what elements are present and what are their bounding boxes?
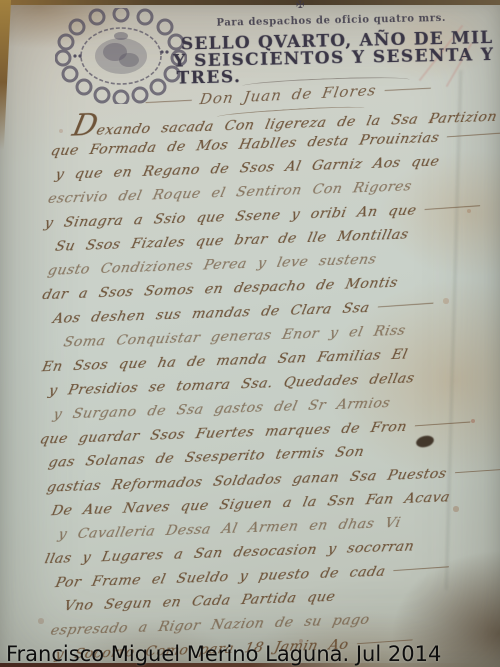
- manuscript-line: Su Ssos Fizales que brar de lle Montilla…: [54, 226, 410, 254]
- manuscript-line: espresado a Rigor Nazion de su pago: [49, 612, 371, 639]
- manuscript-line: Vno Segun en Cada Partida que: [63, 589, 337, 615]
- photo-of-historical-document: ✠ Para despachos de oficio quatro mrs. S…: [0, 0, 500, 667]
- manuscript-line: Por Frame el Sueldo y puesto de cada: [54, 561, 450, 591]
- manuscript-line: gusto Condiziones Perea y leve sustens: [46, 251, 378, 279]
- handwritten-body: Don Juan de Flores Dexando sacada Con li…: [26, 0, 482, 667]
- manuscript-line: llas y Lugares a San desocasion y socorr…: [43, 538, 415, 567]
- manuscript-line: gas Solanas de Ssesperito termis Son: [47, 444, 366, 471]
- manuscript-line: Soma Conquistar generas Enor y el Riss: [62, 322, 407, 350]
- foxing-spots: [0, 0, 2, 2]
- manuscript-line: dar a Ssos Somos en despacho de Montis: [41, 275, 400, 303]
- rubric-heading: Don Juan de Flores: [144, 80, 418, 111]
- manuscript-line: que guardar Ssos Fuertes marques de Fron: [38, 416, 471, 447]
- manuscript-line: escrivio del Roque el Sentiron Con Rigor…: [46, 178, 413, 207]
- manuscript-line: En Ssos que ha de manda San Familias El: [41, 346, 410, 375]
- manuscript-line: y Surgano de Ssa gastos del Sr Armios: [52, 395, 392, 423]
- manuscript-line: y Sinagra a Ssio que Ssene y oribi An qu…: [43, 200, 481, 231]
- manuscript-line: y Presidios se tomara Ssa. Quedades dell…: [47, 370, 416, 399]
- manuscript-line: y Cavalleria Dessa Al Armen en dhas Vi: [57, 515, 403, 543]
- photo-caption: Francisco Miguel Merino Laguna. Jul 2014: [6, 643, 441, 666]
